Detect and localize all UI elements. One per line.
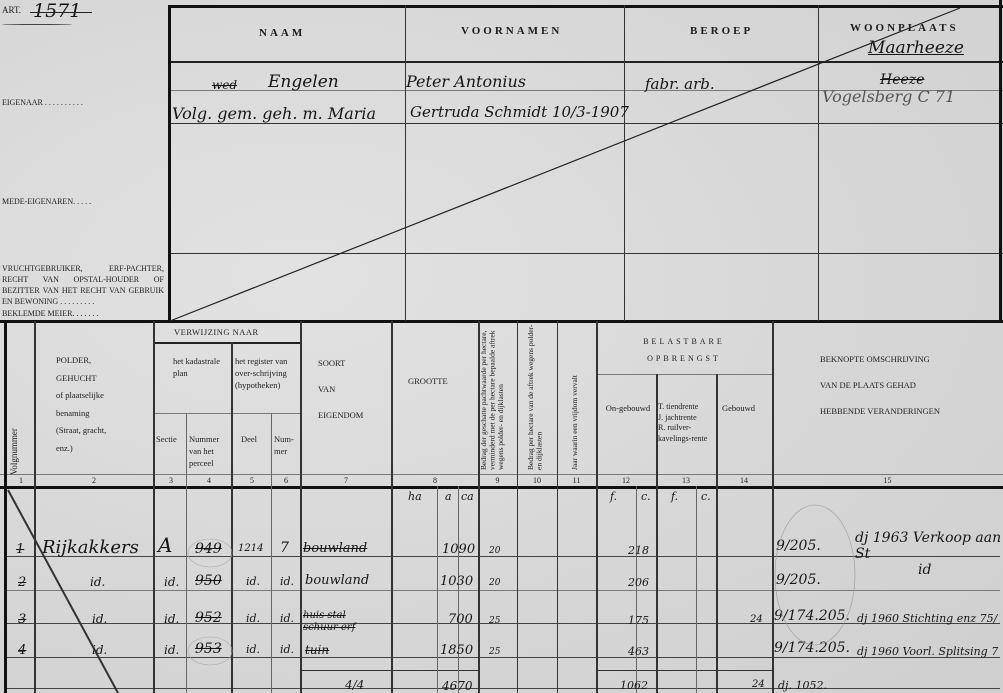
col-8-a-ca-divider [458,486,459,693]
header-col10: Bedrag per hectare van de aftrek wegens … [527,324,547,470]
owner-col-divider-2 [624,5,625,321]
colnum-2: 2 [35,476,153,485]
row-sectie: id. [164,575,179,589]
verwijzing-subdivider [153,413,300,414]
row-grootte: 1030 [440,574,473,589]
unit-f-renten: f. [671,490,678,503]
row-col9: 25 [489,647,500,657]
row-volgnummer: 2 [18,575,26,590]
row-polder: id. [90,575,105,589]
header-gebouwd: Gebouwd [722,402,755,414]
colnum-9: 9 [478,476,517,485]
col-11-12-divider [596,321,598,693]
header-grootte: GROOTTE [408,376,448,386]
colnum-14: 14 [716,476,772,485]
header-soort: SOORT VAN EIGENDOM [318,350,363,428]
colnum-3: 3 [155,476,187,485]
col-3-4-divider [186,413,187,693]
row-perceel: 949 [195,541,222,557]
owner-line2-naam: Volg. gem. geh. m. Maria [172,104,376,123]
row-ref: 9/174.205. [774,608,850,624]
row-col9: 20 [489,546,500,556]
art-label: ART. [2,5,21,15]
row-gebouwd: 24 [750,614,763,625]
owner-table-bottom-border [0,320,1003,323]
header-polder-line: POLDER, [56,352,106,370]
total-gebouwd: 24 [752,679,765,690]
owner-col-divider-3 [818,5,819,321]
row-soort: tuin [305,643,329,657]
row-note: dj 1960 Stichting enz 75/ [857,612,997,625]
owner-row-divider-1 [170,123,1003,124]
row-ref: 9/205. [776,572,821,588]
colnum-8: 8 [392,476,478,485]
kadaster-register-page: ART. 1571 NAAM VOORNAMEN BEROEP WOONPLAA… [0,0,1003,693]
row-ongebouwd: 463 [628,645,649,658]
total-ongebouwd: 1062 [620,679,648,692]
woonplaats-header-note: Maarheeze [868,38,964,58]
row-volgnummer: 3 [18,612,26,627]
row-note: dj 1963 Verkoop aan St [855,530,1003,562]
colnum-1: 1 [7,476,35,485]
col-1-2-divider [34,321,36,693]
header-kadastrale-plan: het kadastrale plan [173,355,228,379]
row-perceel: 953 [195,641,222,657]
row-soort: bouwland [303,541,367,556]
total-ref: dj. 1052. [778,679,827,692]
colnum-5: 5 [232,476,272,485]
row-sectie: id. [164,612,179,626]
col-6-7-divider [300,321,302,693]
header-col9: Bedrag der geschatte pachtwaarde per hec… [480,324,516,470]
owner-left-border [168,5,171,321]
header-verwijzing-naar: VERWIJZING NAAR [174,327,259,337]
owner-voornamen: Peter Antonius [406,72,526,91]
row-soort: huis stal schuur erf [303,610,383,634]
unit-a: a [445,490,452,503]
parcel-left-border [4,321,7,693]
owner-beroep: fabr. arb. [645,75,715,93]
header-belastbare-line: OPBRENGST [596,350,772,367]
colnum-13: 13 [656,476,716,485]
row-polder: id. [92,643,107,657]
row-sectie: id. [164,643,179,657]
owner-table-top-border [168,5,1003,8]
header-soort-line: SOORT [318,350,363,376]
col-5-6-divider [271,413,272,693]
header-omschrijving-line: BEKNOPTE OMSCHRIJVING [820,346,940,372]
row-grootte: 1850 [440,643,473,658]
header-woonplaats: WOONPLAATS [850,22,959,34]
col-8-ha-a-divider [437,486,438,693]
col-7-8-divider [391,321,393,693]
header-polder-line: (Straat, gracht, [56,422,106,440]
belastbare-subdivider [596,374,772,375]
col-9-10-divider [517,321,518,693]
colnum-15: 15 [772,476,1003,485]
owner-line2-voornamen: Gertruda Schmidt 10/3-1907 [410,103,629,121]
header-nummer: Num-mer [274,433,298,457]
header-soort-line: VAN [318,376,363,402]
header-omschrijving-line: HEBBENDE VERANDERINGEN [820,398,940,424]
header-ongebouwd: On-gebouwd [604,402,652,414]
header-renten-line: J. jachtrente [658,413,716,424]
colnum-11: 11 [557,476,596,485]
row-deel: id. [246,643,260,656]
row-ref: 9/174.205. [774,640,850,656]
row-ref: 9/205. [776,538,821,554]
row-perceel: 952 [195,610,222,626]
row-perceel: 950 [195,573,222,589]
row-deel: id. [246,612,260,625]
header-omschrijving: BEKNOPTE OMSCHRIJVING VAN DE PLAATS GEHA… [820,346,940,424]
header-belastbare-opbrengst: BELASTBARE OPBRENGST [596,333,772,367]
row-note: dj 1960 Voorl. Splitsing 7 [857,645,998,658]
owner-woonplaats-struck: Heeze [880,72,924,88]
header-volgnummer: Volgnummer [10,395,19,475]
row-volgnummer: 1 [16,542,24,557]
header-polder-line: enz.) [56,440,106,458]
label-vruchtgebruiker: VRUCHTGEBRUIKER, ERF-PACHTER, RECHT VAN … [2,263,164,307]
row-deel: 1214 [238,543,263,554]
row-ongebouwd: 218 [628,544,649,557]
verwijzing-divider [153,342,300,344]
header-soort-line: EIGENDOM [318,402,363,428]
row-nummer: id. [280,575,294,588]
row-col9: 25 [489,616,500,626]
unit-f-ongebouwd: f. [610,490,617,503]
label-eigenaar: EIGENAAR . . . . . . . . . . [2,97,83,108]
row-nummer: id. [280,612,294,625]
header-beroep: BEROEP [690,25,753,37]
header-polder: POLDER, GEHUCHT of plaatselijke benaming… [56,352,106,457]
header-sectie: Sectie [156,433,177,445]
header-naam: NAAM [259,27,305,39]
row-grootte: 700 [448,612,473,627]
col-4-5-divider [231,342,233,693]
header-col11: Jaar waarin een vrijdom vervalt [571,324,583,470]
unit-ha: ha [408,490,422,503]
col-13-14-divider [716,374,718,693]
row-grootte: 1090 [442,542,475,557]
label-mede-eigenaren: MEDE-EIGENAREN. . . . . [2,196,91,207]
owner-col-divider-1 [405,5,406,321]
header-renten: T. tiendrente J. jachtrente R. ruilver-k… [658,402,716,444]
header-voornamen: VOORNAMEN [461,25,562,37]
row-nummer: id. [280,643,294,656]
unit-c-ongebouwd: c. [641,490,651,503]
art-number: 1571 [33,0,81,22]
header-bottom-border [0,486,1003,489]
header-renten-line: R. ruilver-kavelings-rente [658,423,716,444]
subtotal-ruling-left [300,670,478,671]
label-beklemde-meier: BEKLEMDE MEIER. . . . . . . [2,308,98,319]
col-13-f-c-divider [696,486,697,693]
total-count: 4/4 [345,678,364,692]
row-soort: bouwland [305,573,369,588]
colnum-7: 7 [300,476,392,485]
header-belastbare-line: BELASTBARE [596,333,772,350]
total-grootte: 4670 [442,679,473,693]
colnum-6: 6 [272,476,300,485]
subtotal-ruling-right [596,670,772,671]
art-number-strike [30,12,92,13]
row-col9: 20 [489,578,500,588]
unit-c-renten: c. [701,490,711,503]
row-volgnummer: 4 [18,643,26,658]
col-10-11-divider [557,321,558,693]
row-polder: Rijkakkers [42,537,139,558]
header-nummer-perceel: Nummer van het perceel [189,433,233,469]
row-deel: id. [246,575,260,588]
col-14-15-divider [772,321,774,693]
owner-right-border [999,0,1002,321]
colnum-12: 12 [596,476,656,485]
row-note: id [918,562,931,578]
header-omschrijving-line: VAN DE PLAATS GEHAD [820,372,940,398]
header-polder-line: of plaatselijke [56,387,106,405]
row-ongebouwd: 175 [628,614,649,627]
header-deel: Deel [241,433,257,445]
header-polder-line: GEHUCHT [56,370,106,388]
unit-ca: ca [461,490,474,503]
owner-header-divider [168,61,1003,63]
colnum-4: 4 [187,476,231,485]
owner-naam-struck: wed [212,78,237,92]
owner-woonplaats: Vogelsberg C 71 [822,87,955,106]
colnum-divider [0,474,1003,475]
row-sectie: A [158,533,172,557]
col-2-3-divider [153,321,155,693]
row-polder: id. [92,612,107,626]
owner-row-divider-2 [170,253,1003,254]
art-underline [2,24,72,25]
header-renten-line: T. tiendrente [658,402,716,413]
colnum-10: 10 [517,476,557,485]
row-nummer: 7 [280,540,289,556]
header-polder-line: benaming [56,405,106,423]
owner-naam: Engelen [268,72,339,92]
header-register: het register van over-schrijving (hypoth… [235,355,299,391]
row-ongebouwd: 206 [628,576,649,589]
col-12-f-c-divider [636,486,637,693]
